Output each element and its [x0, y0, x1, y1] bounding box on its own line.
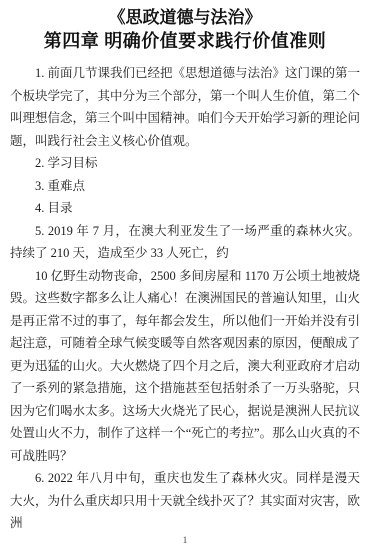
paragraph-intro: 1. 前面几节课我们已经把《思想道德与法治》这门课的第一个板块学完了，其中分为三… [10, 62, 360, 152]
paragraph-learning-goals: 2. 学习目标 [10, 152, 360, 175]
paragraph-toc: 4. 目录 [10, 197, 360, 220]
document-body: 1. 前面几节课我们已经把《思想道德与法治》这门课的第一个板块学完了，其中分为三… [10, 62, 360, 535]
document-title: 《思政道德与法治》 [10, 7, 360, 29]
document-page: 《思政道德与法治》 第四章 明确价值要求践行价值准则 1. 前面几节课我们已经把… [0, 0, 370, 550]
paragraph-australia-fire: 5. 2019 年 7 月，在澳大利亚发生了一场严重的森林火灾。持续了 210 … [10, 220, 360, 265]
chapter-heading: 第四章 明确价值要求践行价值准则 [10, 29, 360, 54]
page-number: 1 [0, 535, 370, 545]
paragraph-fire-details: 10 亿野生动物丧命，2500 多间房屋和 1170 万公顷土地被烧毁。这些数字… [10, 265, 360, 468]
paragraph-chongqing-fire: 6. 2022 年八月中旬，重庆也发生了森林火灾。同样是漫天大火，为什么重庆却只… [10, 467, 360, 535]
paragraph-key-points: 3. 重难点 [10, 175, 360, 198]
